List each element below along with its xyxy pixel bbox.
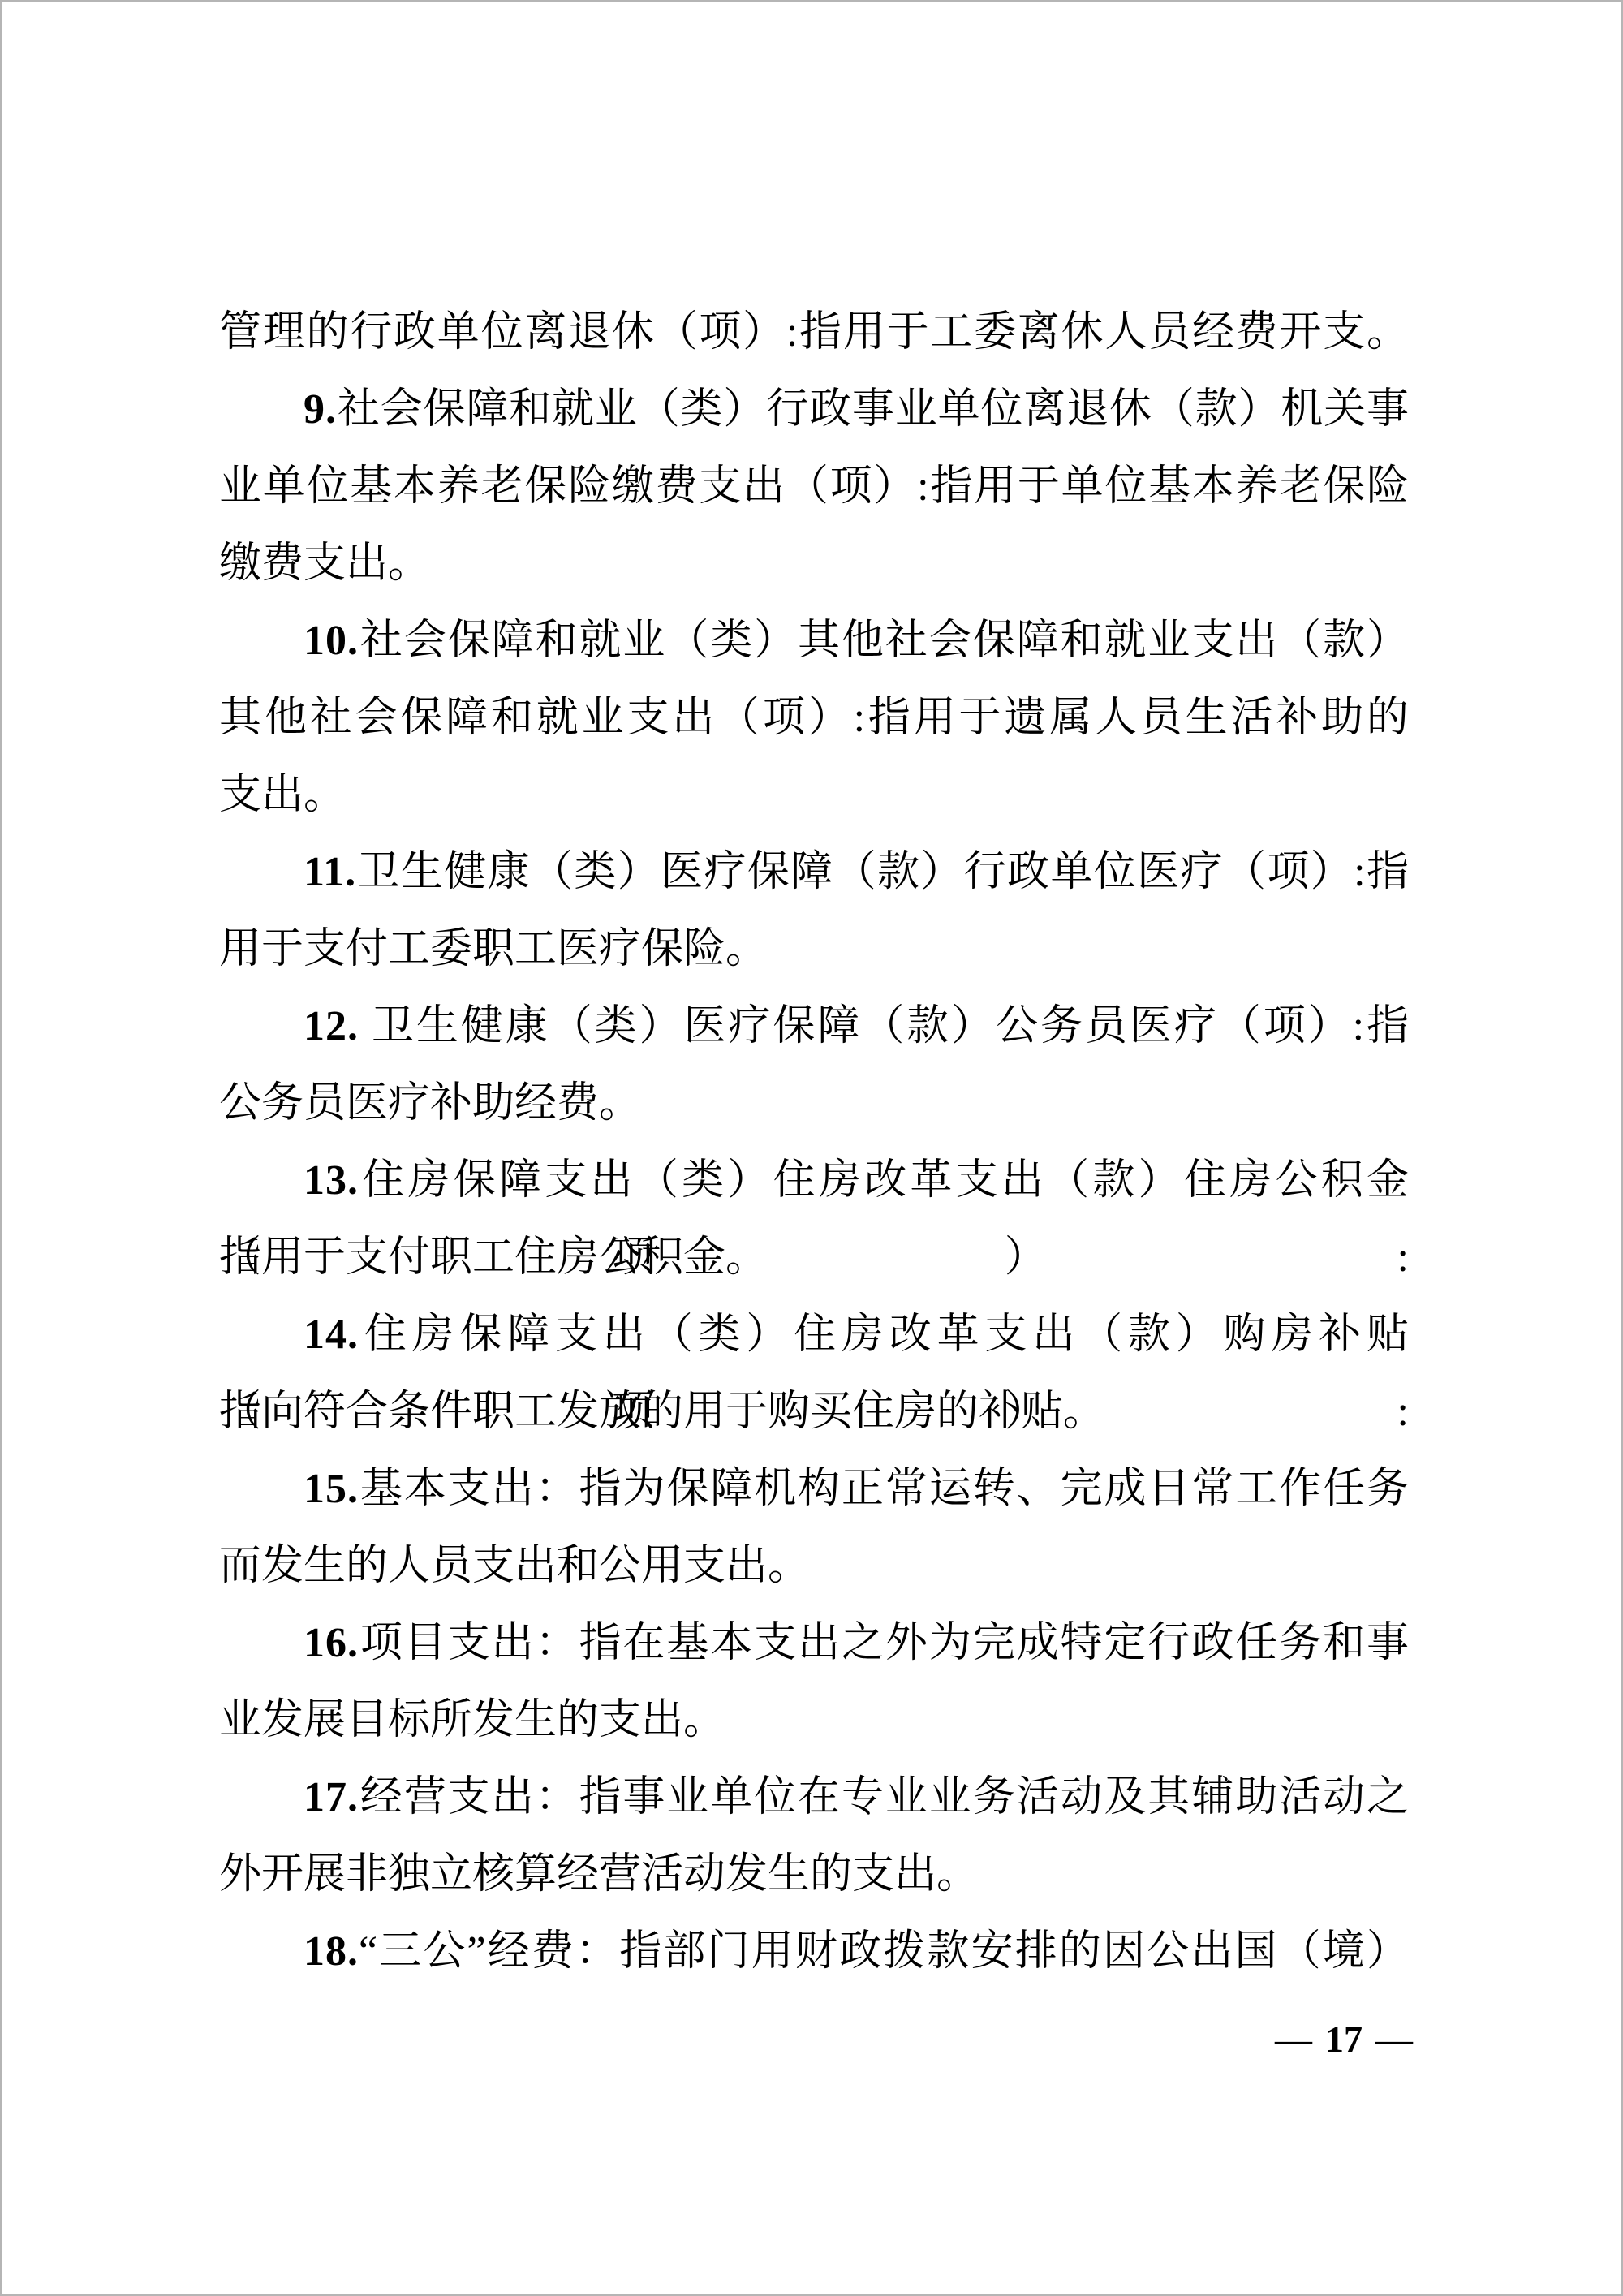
text-line: 17.经营支出：指事业单位在专业业务活动及其辅助活动之 bbox=[219, 1759, 1409, 1836]
text-line: 管理的行政单位离退休（项）:指用于工委离休人员经费开支。 bbox=[219, 294, 1409, 371]
text-line: 公务员医疗补助经费。 bbox=[219, 1065, 1409, 1142]
text-line: 11.卫生健康（类）医疗保障（款）行政单位医疗（项）:指 bbox=[219, 834, 1409, 911]
item-number: 18. bbox=[304, 1928, 359, 1975]
text-line: 12. 卫生健康（类）医疗保障（款）公务员医疗（项）:指 bbox=[219, 988, 1409, 1065]
line-text: 用于支付工委职工医疗保险。 bbox=[219, 926, 768, 972]
line-text: 公务员医疗补助经费。 bbox=[219, 1080, 641, 1126]
text-line: 而发生的人员支出和公用支出。 bbox=[219, 1527, 1409, 1605]
document-page: 管理的行政单位离退休（项）:指用于工委离休人员经费开支。9.社会保障和就业（类）… bbox=[0, 0, 1623, 2296]
line-text: 管理的行政单位离退休（项）:指用于工委离休人员经费开支。 bbox=[219, 309, 1409, 355]
line-text: 外开展非独立核算经营活动发生的支出。 bbox=[219, 1851, 979, 1898]
line-text: 社会保障和就业（类）行政事业单位离退休（款）机关事 bbox=[337, 386, 1409, 433]
text-line: 缴费支出。 bbox=[219, 525, 1409, 602]
page-footer: —17— bbox=[1275, 2019, 1413, 2060]
text-line: 15.基本支出：指为保障机构正常运转、完成日常工作任务 bbox=[219, 1450, 1409, 1527]
item-number: 10. bbox=[304, 618, 359, 664]
item-number: 9. bbox=[304, 386, 337, 433]
item-number: 13. bbox=[304, 1157, 359, 1204]
line-text: 业发展目标所发生的支出。 bbox=[219, 1697, 725, 1743]
item-number: 17. bbox=[304, 1774, 359, 1820]
text-line: 外开展非独立核算经营活动发生的支出。 bbox=[219, 1836, 1409, 1913]
line-text: 其他社会保障和就业支出（项）:指用于遗属人员生活补助的 bbox=[219, 695, 1409, 741]
line-text: “三公”经费：指部门用财政拨款安排的因公出国（境） bbox=[359, 1928, 1409, 1975]
text-block: 管理的行政单位离退休（项）:指用于工委离休人员经费开支。9.社会保障和就业（类）… bbox=[219, 294, 1409, 1990]
text-line: 16.项目支出：指在基本支出之外为完成特定行政任务和事 bbox=[219, 1605, 1409, 1682]
footer-dash-right: — bbox=[1375, 2018, 1413, 2060]
line-text: 指向符合条件职工发放的用于购买住房的补贴。 bbox=[219, 1389, 1105, 1435]
line-text: 缴费支出。 bbox=[219, 541, 430, 587]
line-text: 业单位基本养老保险缴费支出（项）:指用于单位基本养老保险 bbox=[219, 463, 1409, 510]
text-line: 用于支付工委职工医疗保险。 bbox=[219, 911, 1409, 988]
line-text: 指用于支付职工住房公积金。 bbox=[219, 1234, 768, 1281]
text-line: 18.“三公”经费：指部门用财政拨款安排的因公出国（境） bbox=[219, 1913, 1409, 1990]
item-number: 12. bbox=[304, 1003, 359, 1049]
line-text: 而发生的人员支出和公用支出。 bbox=[219, 1543, 810, 1589]
page-number: 17 bbox=[1325, 2018, 1363, 2060]
line-text: 支出。 bbox=[219, 772, 346, 818]
line-text: 卫生健康（类）医疗保障（款）公务员医疗（项）:指 bbox=[359, 1003, 1409, 1049]
item-number: 14. bbox=[304, 1312, 359, 1358]
text-line: 9.社会保障和就业（类）行政事业单位离退休（款）机关事 bbox=[219, 371, 1409, 448]
footer-dash-left: — bbox=[1275, 2018, 1312, 2060]
item-number: 16. bbox=[304, 1620, 359, 1666]
text-line: 14.住房保障支出（类）住房改革支出（款）购房补贴（项）: bbox=[219, 1296, 1409, 1373]
text-line: 支出。 bbox=[219, 756, 1409, 834]
line-text: 项目支出：指在基本支出之外为完成特定行政任务和事 bbox=[359, 1620, 1409, 1666]
item-number: 11. bbox=[304, 849, 356, 895]
text-line: 10.社会保障和就业（类）其他社会保障和就业支出（款） bbox=[219, 602, 1409, 679]
line-text: 社会保障和就业（类）其他社会保障和就业支出（款） bbox=[359, 618, 1409, 664]
text-line: 13.住房保障支出（类）住房改革支出（款）住房公积金（项）: bbox=[219, 1142, 1409, 1219]
text-line: 其他社会保障和就业支出（项）:指用于遗属人员生活补助的 bbox=[219, 679, 1409, 756]
line-text: 经营支出：指事业单位在专业业务活动及其辅助活动之 bbox=[359, 1774, 1409, 1820]
line-text: 基本支出：指为保障机构正常运转、完成日常工作任务 bbox=[359, 1466, 1409, 1512]
line-text: 卫生健康（类）医疗保障（款）行政单位医疗（项）:指 bbox=[356, 849, 1409, 895]
text-line: 业发展目标所发生的支出。 bbox=[219, 1682, 1409, 1759]
item-number: 15. bbox=[304, 1466, 359, 1512]
text-line: 业单位基本养老保险缴费支出（项）:指用于单位基本养老保险 bbox=[219, 448, 1409, 525]
